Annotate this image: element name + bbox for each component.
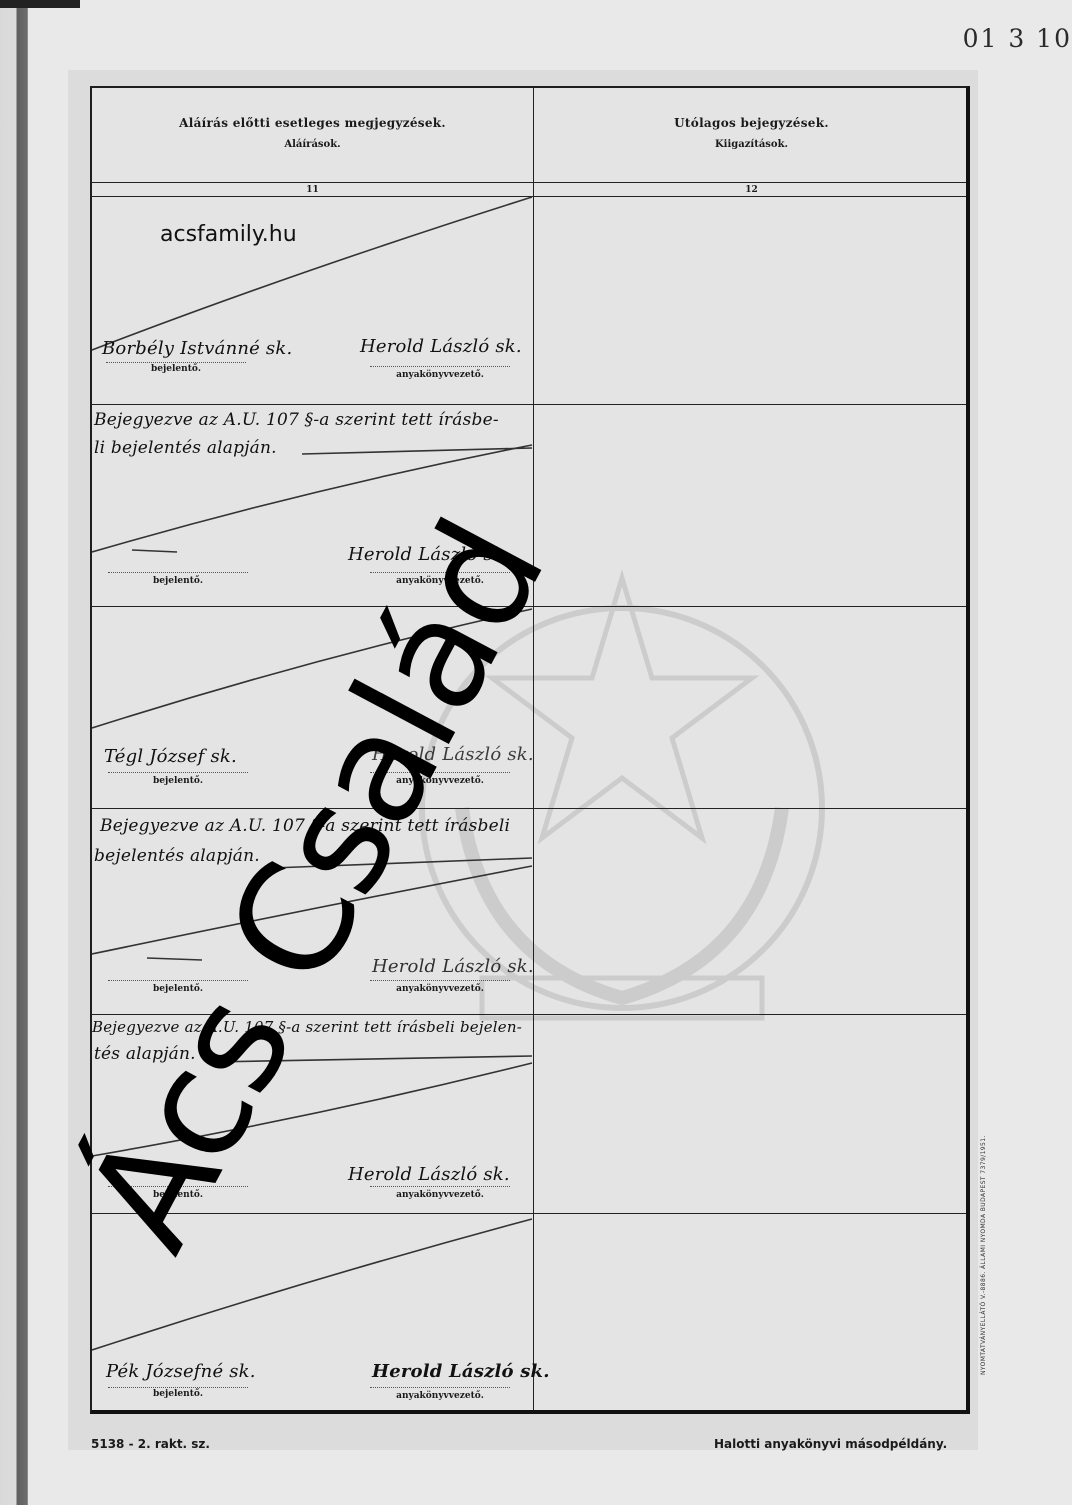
- registrar-signature: Herold László sk.: [372, 1361, 550, 1382]
- reporter-signature: Pék Józsefné sk.: [106, 1361, 256, 1382]
- book-binding-edge: [0, 0, 28, 1505]
- registrar-label: anyakönyvvezető.: [370, 1391, 510, 1401]
- reporter-label: bejelentő.: [108, 1389, 248, 1399]
- reporter-label: bejelentő.: [108, 576, 248, 586]
- remark-line-2: li bejelentés alapján.: [94, 438, 277, 458]
- site-watermark: acsfamily.hu: [160, 222, 297, 247]
- form-title: Halotti anyakönyvi másodpéldány.: [714, 1437, 947, 1451]
- column-11-number: 11: [92, 184, 533, 196]
- reporter-signature: Tégl József sk.: [104, 746, 237, 767]
- registrar-signature: Herold László sk.: [360, 336, 522, 357]
- reporter-signature: Borbély Istvánné sk.: [102, 338, 292, 359]
- column-11-title: Aláírás előtti esetleges megjegyzések.: [92, 116, 533, 130]
- registrar-signature: Herold László sk.: [348, 1164, 510, 1185]
- reporter-label: bejelentő.: [108, 776, 248, 786]
- reporter-signature-line: [108, 772, 248, 773]
- column-12-subtitle: Kiigazítások.: [533, 139, 970, 150]
- registrar-signature-line: [370, 366, 510, 367]
- registrar-label: anyakönyvvezető.: [370, 370, 510, 380]
- column-11-header: Aláírás előtti esetleges megjegyzések. A…: [92, 88, 533, 184]
- page-number: 01 3 10: [963, 24, 1072, 53]
- reporter-signature-line: [108, 572, 248, 573]
- column-12-header: Utólagos bejegyzések. Kiigazítások.: [533, 88, 970, 184]
- column-12-number: 12: [533, 184, 970, 196]
- stock-number: 5138 - 2. rakt. sz.: [91, 1437, 210, 1451]
- entry-1: Borbély Istvánné sk. bejelentő. Herold L…: [92, 196, 533, 404]
- top-shadow: [0, 0, 80, 8]
- printer-imprint: NYOMTATVÁNYELLÁTÓ V.-8886. ÁLLAMI NYOMDA…: [980, 1135, 987, 1375]
- registrar-label: anyakönyvvezető.: [370, 984, 510, 994]
- header-rule: [92, 182, 966, 183]
- remark-line-1: Bejegyezve az A.U. 107 §-a szerint tett …: [94, 410, 499, 430]
- reporter-label: bejelentő.: [106, 364, 246, 374]
- registrar-label: anyakönyvvezető.: [370, 1190, 510, 1200]
- registrar-signature: Herold László sk.: [372, 956, 534, 977]
- registrar-signature-line: [370, 1186, 510, 1187]
- registrar-signature-line: [370, 1387, 510, 1388]
- column-12-title: Utólagos bejegyzések.: [533, 116, 970, 130]
- registrar-signature-line: [370, 980, 510, 981]
- column-11-subtitle: Aláírások.: [92, 139, 533, 150]
- reporter-signature-line: [106, 362, 246, 363]
- reporter-signature-line: [108, 1387, 248, 1388]
